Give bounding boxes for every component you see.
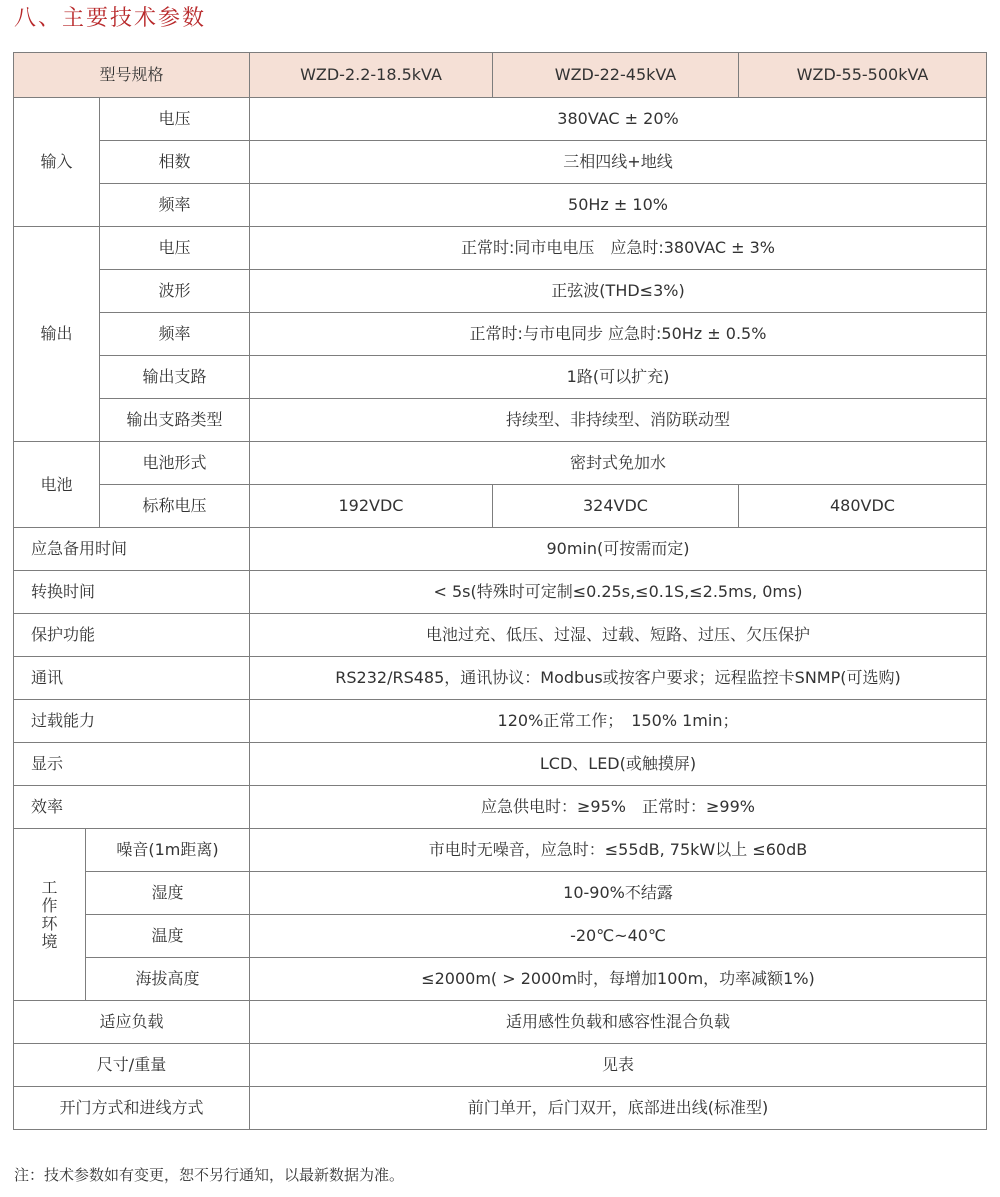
param-value: 市电时无噪音，应急时：≤55dB, 75kW以上 ≤60dB [250,829,987,872]
param-value: 380VAC ± 20% [250,98,987,141]
param-name: 湿度 [86,872,250,915]
table-row: 显示 LCD、LED(或触摸屏) [14,743,987,786]
table-row: 海拔高度 ≤2000m( > 2000m时，每增加100m，功率减额1%) [14,958,987,1001]
param-value: 正常时:同市电电压 应急时:380VAC ± 3% [250,227,987,270]
param-value: 前门单开，后门双开，底部进出线(标准型) [250,1087,987,1130]
header-row: 型号规格 WZD-2.2-18.5kVA WZD-22-45kVA WZD-55… [14,53,987,98]
param-name: 电池形式 [100,442,250,485]
param-value: 持续型、非持续型、消防联动型 [250,399,987,442]
table-row: 频率 50Hz ± 10% [14,184,987,227]
param-value: 10-90%不结露 [250,872,987,915]
table-row: 保护功能 电池过充、低压、过湿、过载、短路、过压、欠压保护 [14,614,987,657]
param-value: 正弦波(THD≤3%) [250,270,987,313]
param-value: 应急供电时：≥95% 正常时：≥99% [250,786,987,829]
group-label-input: 输入 [14,98,100,227]
param-name: 开门方式和进线方式 [14,1087,250,1130]
param-value: -20℃~40℃ [250,915,987,958]
param-name: 效率 [14,786,250,829]
param-name: 适应负载 [14,1001,250,1044]
param-name: 输出支路类型 [100,399,250,442]
param-value: 电池过充、低压、过湿、过载、短路、过压、欠压保护 [250,614,987,657]
param-name: 噪音(1m距离) [86,829,250,872]
table-row: 湿度 10-90%不结露 [14,872,987,915]
group-label-environment-text: 工作环境 [41,879,59,951]
header-model: WZD-55-500kVA [739,53,987,98]
param-name: 尺寸/重量 [14,1044,250,1087]
param-value: 120%正常工作； 150% 1min； [250,700,987,743]
table-row: 输入 电压 380VAC ± 20% [14,98,987,141]
header-label: 型号规格 [14,53,250,98]
param-value: 正常时:与市电同步 应急时:50Hz ± 0.5% [250,313,987,356]
param-value: LCD、LED(或触摸屏) [250,743,987,786]
header-model: WZD-2.2-18.5kVA [250,53,493,98]
table-row: 转换时间 < 5s(特殊时可定制≤0.25s,≤0.1S,≤2.5ms, 0ms… [14,571,987,614]
param-name: 频率 [100,313,250,356]
table-row: 尺寸/重量 见表 [14,1044,987,1087]
param-name: 频率 [100,184,250,227]
param-value: 密封式免加水 [250,442,987,485]
group-label-environment: 工作环境 [14,829,86,1001]
group-label-battery: 电池 [14,442,100,528]
table-row: 电池 电池形式 密封式免加水 [14,442,987,485]
param-value: 480VDC [739,485,987,528]
param-name: 应急备用时间 [14,528,250,571]
table-row: 输出 电压 正常时:同市电电压 应急时:380VAC ± 3% [14,227,987,270]
spec-table: 型号规格 WZD-2.2-18.5kVA WZD-22-45kVA WZD-55… [13,52,987,1130]
param-value: 见表 [250,1044,987,1087]
param-name: 过载能力 [14,700,250,743]
section-title: 八、主要技术参数 [14,4,206,34]
param-value: 324VDC [493,485,739,528]
table-row: 工作环境 噪音(1m距离) 市电时无噪音，应急时：≤55dB, 75kW以上 ≤… [14,829,987,872]
table-row: 开门方式和进线方式 前门单开，后门双开，底部进出线(标准型) [14,1087,987,1130]
table-row: 效率 应急供电时：≥95% 正常时：≥99% [14,786,987,829]
table-row: 应急备用时间 90min(可按需而定) [14,528,987,571]
param-value: 适用感性负载和感容性混合负载 [250,1001,987,1044]
table-row: 频率 正常时:与市电同步 应急时:50Hz ± 0.5% [14,313,987,356]
param-name: 通讯 [14,657,250,700]
table-row: 适应负载 适用感性负载和感容性混合负载 [14,1001,987,1044]
table-row: 标称电压 192VDC 324VDC 480VDC [14,485,987,528]
table-row: 输出支路 1路(可以扩充) [14,356,987,399]
header-model: WZD-22-45kVA [493,53,739,98]
param-value: ≤2000m( > 2000m时，每增加100m，功率减额1%) [250,958,987,1001]
param-value: 90min(可按需而定) [250,528,987,571]
param-name: 海拔高度 [86,958,250,1001]
param-name: 保护功能 [14,614,250,657]
table-row: 相数 三相四线+地线 [14,141,987,184]
param-name: 电压 [100,227,250,270]
param-value: RS232/RS485，通讯协议：Modbus或按客户要求；远程监控卡SNMP(… [250,657,987,700]
table-row: 输出支路类型 持续型、非持续型、消防联动型 [14,399,987,442]
table-row: 过载能力 120%正常工作； 150% 1min； [14,700,987,743]
param-name: 波形 [100,270,250,313]
table-row: 波形 正弦波(THD≤3%) [14,270,987,313]
param-value: 50Hz ± 10% [250,184,987,227]
footnote: 注：技术参数如有变更，恕不另行通知，以最新数据为准。 [14,1165,404,1185]
param-value: < 5s(特殊时可定制≤0.25s,≤0.1S,≤2.5ms, 0ms) [250,571,987,614]
param-value: 192VDC [250,485,493,528]
param-value: 三相四线+地线 [250,141,987,184]
param-name: 温度 [86,915,250,958]
param-name: 转换时间 [14,571,250,614]
param-value: 1路(可以扩充) [250,356,987,399]
param-name: 标称电压 [100,485,250,528]
table-row: 温度 -20℃~40℃ [14,915,987,958]
table-row: 通讯 RS232/RS485，通讯协议：Modbus或按客户要求；远程监控卡SN… [14,657,987,700]
param-name: 电压 [100,98,250,141]
group-label-output: 输出 [14,227,100,442]
param-name: 相数 [100,141,250,184]
param-name: 显示 [14,743,250,786]
param-name: 输出支路 [100,356,250,399]
